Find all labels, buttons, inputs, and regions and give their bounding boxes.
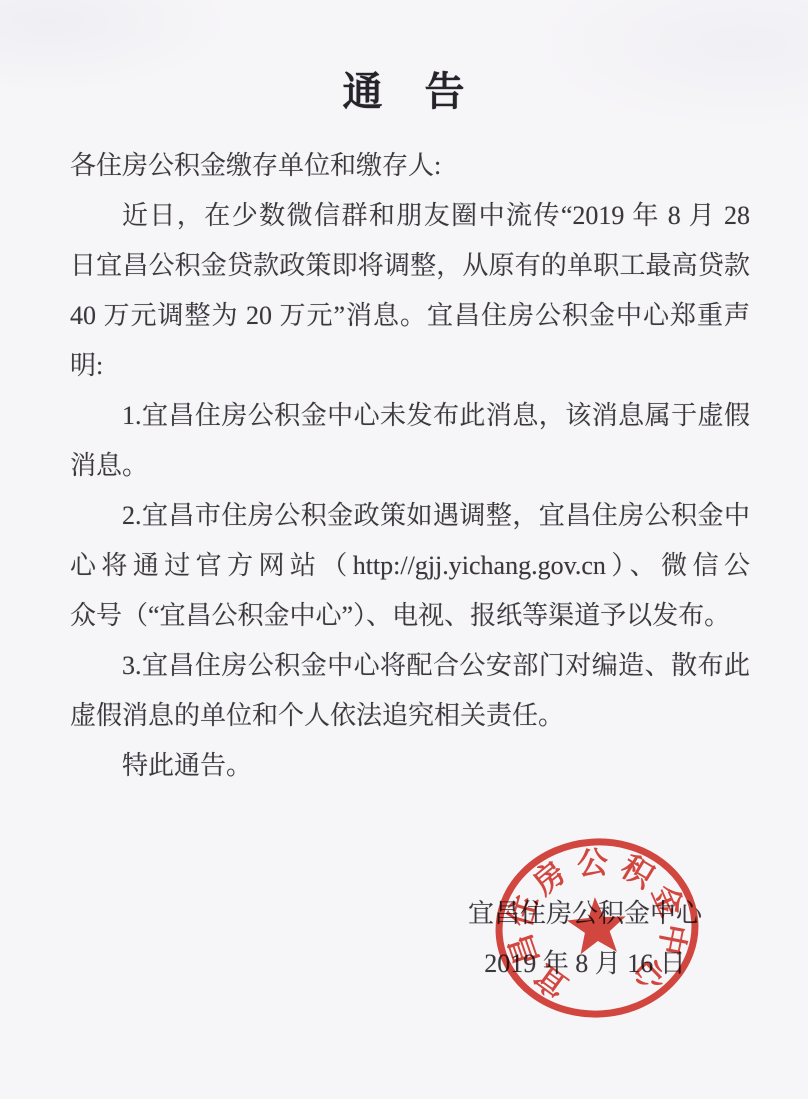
body-line: 40 万元调整为 20 万元”消息。宜昌住房公积金中心郑重声 [70, 291, 750, 341]
body-line: 2.宜昌市住房公积金政策如遇调整，宜昌住房公积金中 [70, 491, 750, 541]
notice-page: 通 告 各住房公积金缴存单位和缴存人: 近日，在少数微信群和朋友圈中流传“201… [0, 0, 808, 1099]
body-line: 虚假消息的单位和个人依法追究相关责任。 [70, 691, 750, 741]
body-line: 3.宜昌住房公积金中心将配合公安部门对编造、散布此 [70, 641, 750, 691]
body-line: 明: [70, 341, 750, 391]
salutation-line: 各住房公积金缴存单位和缴存人: [70, 141, 750, 191]
body-line: 近日，在少数微信群和朋友圈中流传“2019 年 8 月 28 [70, 191, 750, 241]
body-line: 心将通过官方网站（http://gjj.yichang.gov.cn）、微信公 [70, 541, 750, 591]
document-body: 各住房公积金缴存单位和缴存人: 近日，在少数微信群和朋友圈中流传“2019 年 … [70, 141, 750, 791]
body-line: 消息。 [70, 441, 750, 491]
body-line: 1.宜昌住房公积金中心未发布此消息，该消息属于虚假 [70, 391, 750, 441]
signature-date: 2019 年 8 月 16 日 [420, 939, 750, 989]
closing-line: 特此通告。 [70, 741, 750, 791]
signature-block: 宜昌住房公积金中心 2019 年 8 月 16 日 [420, 889, 750, 989]
body-line: 日宜昌公积金贷款政策即将调整，从原有的单职工最高贷款 [70, 241, 750, 291]
body-line: 众号（“宜昌公积金中心”）、电视、报纸等渠道予以发布。 [70, 591, 750, 641]
document-title: 通 告 [0, 60, 808, 117]
signature-org: 宜昌住房公积金中心 [420, 889, 750, 939]
seal-char: 公 [576, 845, 609, 882]
